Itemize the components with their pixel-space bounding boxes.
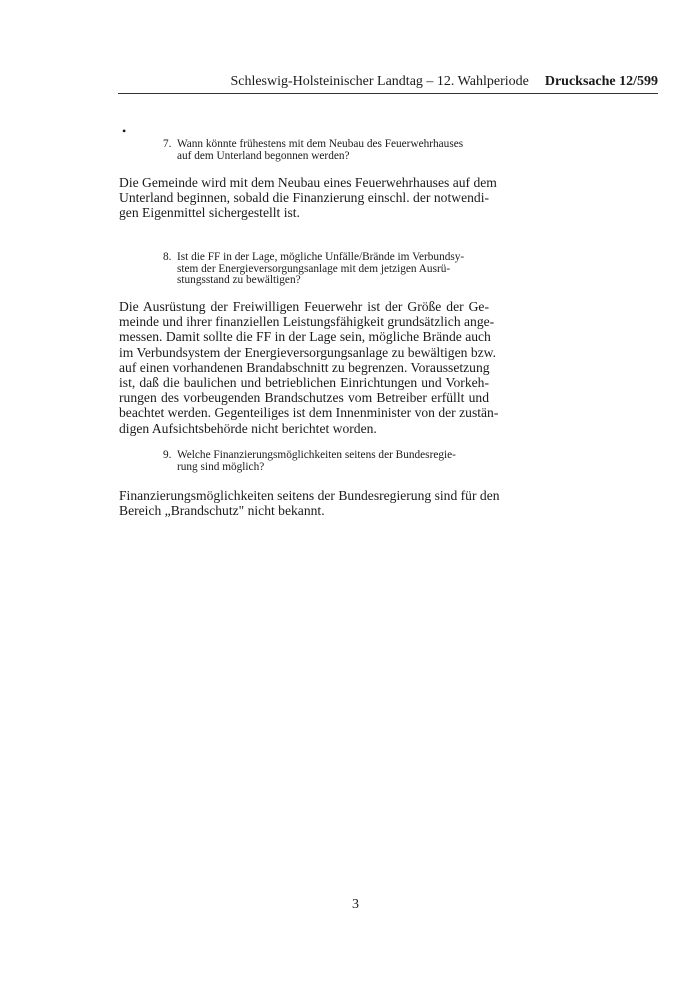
answer-line: Finanzierungsmöglichkeiten seitens der B… (119, 488, 489, 503)
answer-line: rungen des vorbeugenden Brandschutzes vo… (119, 390, 489, 405)
page-header: Schleswig-Holsteinischer Landtag – 12. W… (118, 74, 658, 94)
answer-line: meinde und ihrer finanziellen Leistungsf… (119, 314, 489, 329)
question-number: 9. (163, 450, 171, 462)
question-number: 8. (163, 252, 171, 264)
question-line: auf dem Unterland begonnen werden? (163, 151, 483, 163)
answer-line: Bereich „Brandschutz" nicht bekannt. (119, 503, 489, 518)
answer-9: Finanzierungsmöglichkeiten seitens der B… (119, 488, 489, 518)
bullet-mark: • (122, 124, 126, 139)
document-number: Drucksache 12/599 (545, 74, 658, 90)
question-number: 7. (163, 139, 171, 151)
question-line: Ist die FF in der Lage, mögliche Unfälle… (163, 252, 483, 264)
question-line: stungsstand zu bewältigen? (163, 275, 483, 287)
answer-line: im Verbundsystem der Energieversorgungsa… (119, 345, 489, 360)
answer-8: Die Ausrüstung der Freiwilligen Feuerweh… (119, 299, 489, 436)
answer-line: Die Gemeinde wird mit dem Neubau eines F… (119, 175, 489, 190)
page-number: 3 (352, 897, 359, 913)
question-line: Welche Finanzierungsmöglichkeiten seiten… (163, 450, 483, 462)
answer-line: beachtet werden. Gegenteiliges ist dem I… (119, 405, 489, 420)
answer-line: Unterland beginnen, sobald die Finanzier… (119, 190, 489, 205)
question-7: 7. Wann könnte frühestens mit dem Neubau… (163, 139, 483, 162)
answer-line: messen. Damit sollte die FF in der Lage … (119, 329, 489, 344)
question-line: rung sind möglich? (163, 462, 483, 474)
answer-line: digen Aufsichtsbehörde nicht berichtet w… (119, 421, 489, 436)
header-title: Schleswig-Holsteinischer Landtag – 12. W… (230, 74, 528, 90)
question-9: 9. Welche Finanzierungsmöglichkeiten sei… (163, 450, 483, 473)
answer-7: Die Gemeinde wird mit dem Neubau eines F… (119, 175, 489, 221)
question-8: 8. Ist die FF in der Lage, mögliche Unfä… (163, 252, 483, 287)
answer-line: ist, daß die baulichen und betrieblichen… (119, 375, 489, 390)
answer-line: Die Ausrüstung der Freiwilligen Feuerweh… (119, 299, 489, 314)
answer-line: auf einen vorhandenen Brandabschnitt zu … (119, 360, 489, 375)
answer-line: gen Eigenmittel sichergestellt ist. (119, 205, 489, 220)
question-line: Wann könnte frühestens mit dem Neubau de… (163, 139, 483, 151)
